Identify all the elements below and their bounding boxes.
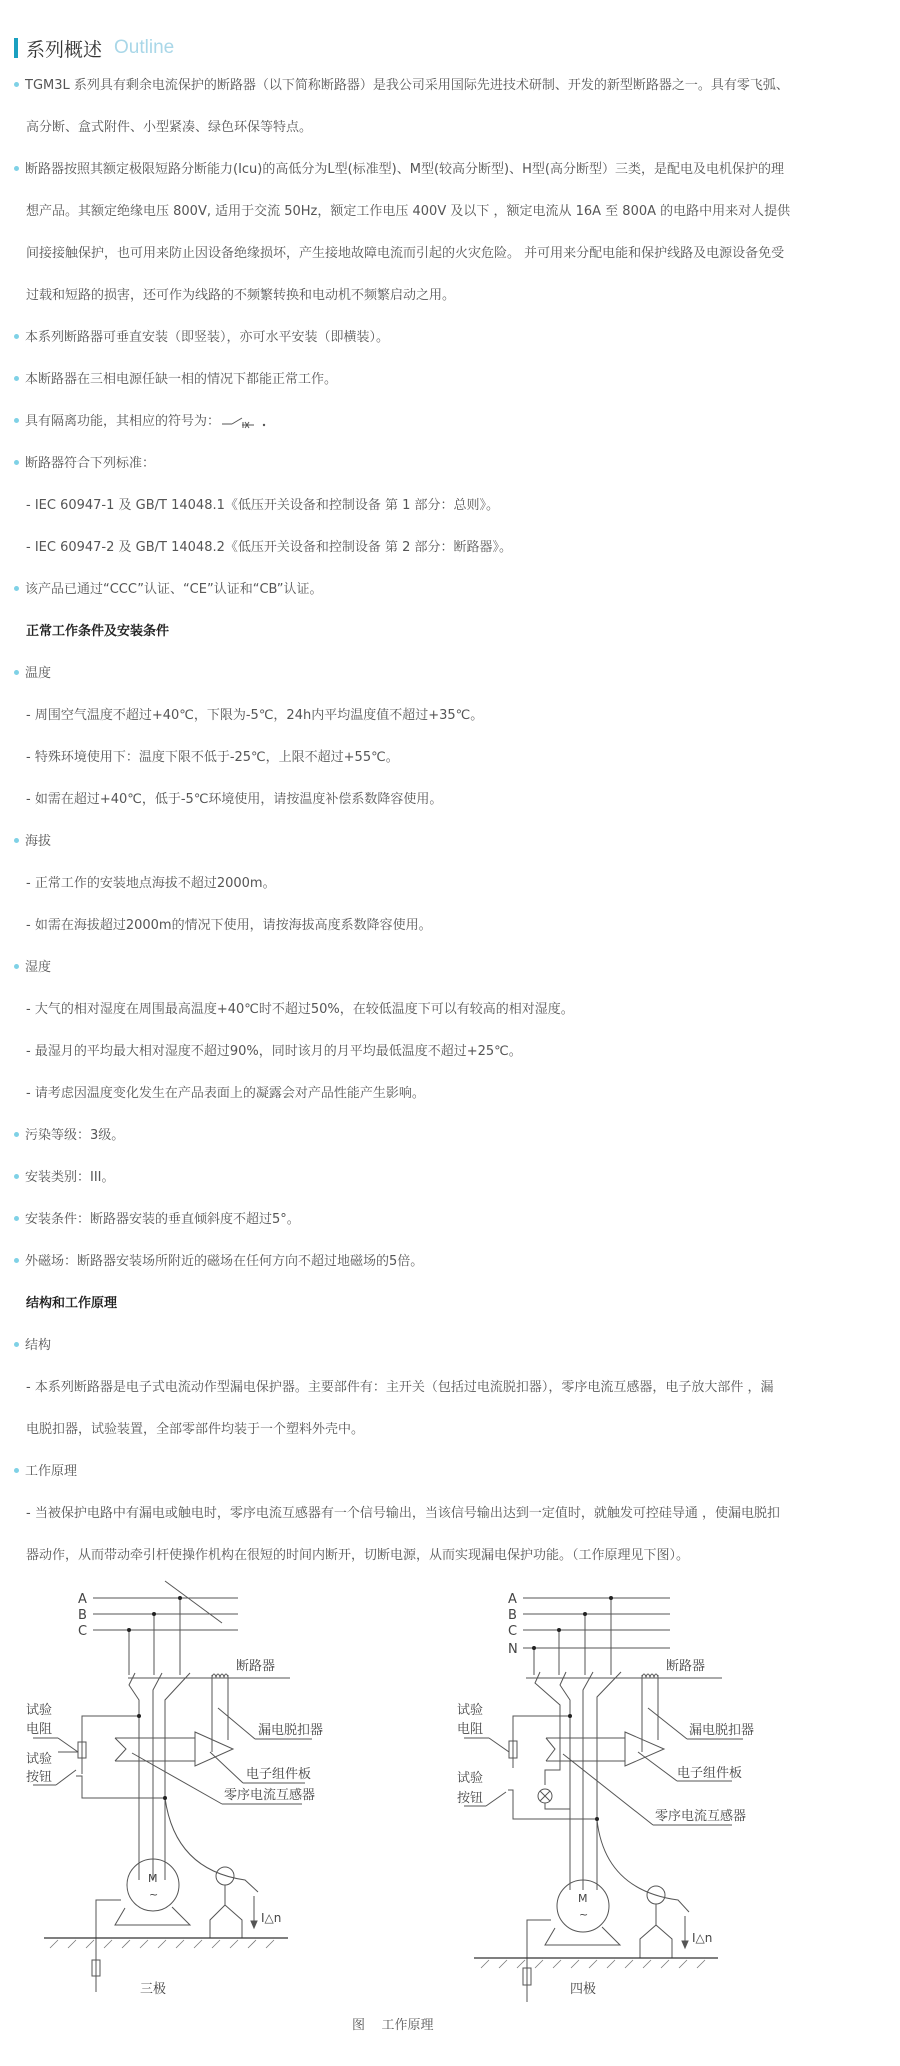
line-text: 高分断、盒式附件、小型紧凑、绿色环保等特点。 bbox=[26, 120, 312, 135]
line-text: - 周围空气温度不超过+40℃，下限为-5℃，24h内平均温度值不超过+35℃。 bbox=[26, 708, 483, 723]
line-text: 本系列断路器可垂直安装（即竖装），亦可水平安装（即横装）。 bbox=[25, 330, 389, 345]
bullet-dot-icon bbox=[14, 1132, 19, 1137]
phase-label-a: A bbox=[78, 1592, 87, 1607]
phase-label-n: N bbox=[508, 1642, 518, 1657]
zero-sequence-ct-label: 零序电流互感器 bbox=[655, 1808, 746, 1824]
figure-caption: 图 工作原理 bbox=[352, 2014, 434, 2033]
bullet-item: 断路器按照其额定极限短路分断能力(Icu)的高低分为L型(标准型)、M型(较高分… bbox=[14, 160, 784, 180]
bullet-dot-icon bbox=[14, 1258, 19, 1263]
line-text: - 大气的相对湿度在周围最高温度+40℃时不超过50%，在较低温度下可以有较高的… bbox=[26, 1002, 574, 1017]
line-text: - IEC 60947-1 及 GB/T 14048.1《低压开关设备和控制设备… bbox=[26, 498, 499, 513]
list-item: 过载和短路的损害，还可作为线路的不频繁转换和电动机不频繁启动之用。 bbox=[26, 286, 455, 306]
line-text: - 如需在超过+40℃，低于-5℃环境使用，请按温度补偿系数降容使用。 bbox=[26, 792, 442, 807]
test-button-label-2: 按钮 bbox=[457, 1790, 483, 1806]
bullet-dot-icon bbox=[14, 460, 19, 465]
bullet-item: 温度 bbox=[14, 664, 51, 684]
list-item: 间接接触保护，也可用来防止因设备绝缘损坏，产生接地故障电流而引起的火灾危险。 并… bbox=[26, 244, 784, 264]
phase-label-b: B bbox=[508, 1608, 517, 1623]
bullet-dot-icon bbox=[14, 82, 19, 87]
motor-label: M bbox=[148, 1872, 158, 1885]
breaker-label: 断路器 bbox=[236, 1658, 275, 1674]
section-title-en: Outline bbox=[114, 37, 174, 59]
list-item: 电脱扣器，试验装置，全部零部件均装于一个塑料外壳中。 bbox=[26, 1420, 364, 1440]
leak-current-label: I△n bbox=[692, 1931, 712, 1945]
bullet-dot-icon bbox=[14, 334, 19, 339]
bullet-item: 该产品已通过“CCC”认证、“CE”认证和“CB”认证。 bbox=[14, 580, 322, 600]
list-item: - 如需在海拔超过2000m的情况下使用，请按海拔高度系数降容使用。 bbox=[26, 916, 432, 936]
bullet-dot-icon bbox=[14, 1174, 19, 1179]
list-item: - 如需在超过+40℃，低于-5℃环境使用，请按温度补偿系数降容使用。 bbox=[26, 790, 442, 810]
bullet-item: 本系列断路器可垂直安装（即竖装），亦可水平安装（即横装）。 bbox=[14, 328, 389, 348]
list-item: 器动作，从而带动牵引杆使操作机构在很短的时间内断开，切断电源，从而实现漏电保护功… bbox=[26, 1546, 689, 1566]
line-text: 该产品已通过“CCC”认证、“CE”认证和“CB”认证。 bbox=[25, 582, 322, 597]
list-item: - 当被保护电路中有漏电或触电时，零序电流互感器有一个信号输出，当该信号输出达到… bbox=[26, 1504, 780, 1524]
list-item: 想产品。其额定绝缘电压 800V, 适用于交流 50Hz，额定工作电压 400V… bbox=[26, 202, 790, 222]
line-text: TGM3L 系列具有剩余电流保护的断路器（以下简称断路器）是我公司采用国际先进技… bbox=[25, 78, 789, 93]
line-text: 器动作，从而带动牵引杆使操作机构在很短的时间内断开，切断电源，从而实现漏电保护功… bbox=[26, 1548, 689, 1563]
list-item: - 正常工作的安装地点海拔不超过2000m。 bbox=[26, 874, 276, 894]
test-resistor-label-1: 试验 bbox=[26, 1703, 52, 1718]
bullet-dot-icon bbox=[14, 1342, 19, 1347]
bullet-item: 断路器符合下列标准： bbox=[14, 454, 155, 474]
bullet-dot-icon bbox=[14, 418, 19, 423]
bullet-item: 工作原理 bbox=[14, 1462, 77, 1482]
list-item: - 请考虑因温度变化发生在产品表面上的凝露会对产品性能产生影响。 bbox=[26, 1084, 425, 1104]
bullet-dot-icon bbox=[14, 586, 19, 591]
bullet-item: 湿度 bbox=[14, 958, 51, 978]
bullet-dot-icon bbox=[14, 670, 19, 675]
line-text: 电脱扣器，试验装置，全部零部件均装于一个塑料外壳中。 bbox=[26, 1422, 364, 1437]
bullet-item: 污染等级：3级。 bbox=[14, 1126, 124, 1146]
diagram-four-pole: A B C N 断路器 试验 电阻 试验 按钮 漏电脱扣器 电子组件板 零序电流… bbox=[440, 1580, 900, 2020]
electronic-board-label: 电子组件板 bbox=[677, 1765, 742, 1781]
list-item: - 最湿月的平均最大相对湿度不超过90%，同时该月的月平均最低温度不超过+25℃… bbox=[26, 1042, 522, 1062]
bullet-item: 安装类别：III。 bbox=[14, 1168, 115, 1188]
bullet-dot-icon bbox=[14, 1216, 19, 1221]
phase-label-b: B bbox=[78, 1608, 87, 1623]
accent-bar bbox=[14, 38, 18, 58]
phase-label-c: C bbox=[78, 1624, 87, 1639]
motor-label: M bbox=[578, 1892, 588, 1905]
leakage-release-label: 漏电脱扣器 bbox=[689, 1722, 754, 1738]
test-button-label-1: 试验 bbox=[457, 1771, 483, 1786]
line-text: 温度 bbox=[25, 666, 51, 681]
list-item: - IEC 60947-2 及 GB/T 14048.2《低压开关设备和控制设备… bbox=[26, 538, 512, 558]
line-text: 工作原理 bbox=[25, 1464, 77, 1479]
bullet-dot-icon bbox=[14, 376, 19, 381]
list-item: 高分断、盒式附件、小型紧凑、绿色环保等特点。 bbox=[26, 118, 312, 138]
line-text: - 当被保护电路中有漏电或触电时，零序电流互感器有一个信号输出，当该信号输出达到… bbox=[26, 1506, 780, 1521]
zero-sequence-ct-label: 零序电流互感器 bbox=[224, 1787, 315, 1803]
section-title: 系列概述 bbox=[26, 35, 102, 62]
motor-ac-symbol: ~ bbox=[579, 1908, 588, 1921]
motor-ac-symbol: ~ bbox=[149, 1888, 158, 1901]
breaker-label: 断路器 bbox=[666, 1658, 705, 1674]
line-text: 结构 bbox=[25, 1338, 51, 1353]
list-item: - 特殊环境使用下：温度下限不低于-25℃，上限不超过+55℃。 bbox=[26, 748, 399, 768]
line-text: 结构和工作原理 bbox=[26, 1296, 117, 1311]
line-text: - 最湿月的平均最大相对湿度不超过90%，同时该月的月平均最低温度不超过+25℃… bbox=[26, 1044, 522, 1059]
bullet-item: 安装条件：断路器安装的垂直倾斜度不超过5°。 bbox=[14, 1210, 300, 1230]
electronic-board-label: 电子组件板 bbox=[246, 1766, 311, 1782]
bullet-dot-icon bbox=[14, 964, 19, 969]
test-resistor-label-1: 试验 bbox=[457, 1703, 483, 1718]
line-text: 外磁场：断路器安装场所附近的磁场在任何方向不超过地磁场的5倍。 bbox=[25, 1254, 423, 1269]
bullet-item: 本断路器在三相电源任缺一相的情况下都能正常工作。 bbox=[14, 370, 337, 390]
line-text: 海拔 bbox=[25, 834, 51, 849]
line-text: 过载和短路的损害，还可作为线路的不频繁转换和电动机不频繁启动之用。 bbox=[26, 288, 455, 303]
line-text: - 请考虑因温度变化发生在产品表面上的凝露会对产品性能产生影响。 bbox=[26, 1086, 425, 1101]
line-text: 本断路器在三相电源任缺一相的情况下都能正常工作。 bbox=[25, 372, 337, 387]
line-text: 正常工作条件及安装条件 bbox=[26, 624, 169, 639]
line-text: 想产品。其额定绝缘电压 800V, 适用于交流 50Hz，额定工作电压 400V… bbox=[26, 204, 790, 219]
bullet-item: TGM3L 系列具有剩余电流保护的断路器（以下简称断路器）是我公司采用国际先进技… bbox=[14, 76, 789, 96]
line-text: - 正常工作的安装地点海拔不超过2000m。 bbox=[26, 876, 276, 891]
bullet-dot-icon bbox=[14, 1468, 19, 1473]
line-text: 安装类别：III。 bbox=[25, 1170, 115, 1185]
bullet-dot-icon bbox=[14, 166, 19, 171]
bullet-item: 外磁场：断路器安装场所附近的磁场在任何方向不超过地磁场的5倍。 bbox=[14, 1252, 423, 1272]
three-pole-title: 三极 bbox=[140, 1981, 166, 1997]
list-item: - IEC 60947-1 及 GB/T 14048.1《低压开关设备和控制设备… bbox=[26, 496, 499, 516]
bullet-item: 具有隔离功能，其相应的符号为： bbox=[14, 412, 270, 432]
line-text: 断路器符合下列标准： bbox=[25, 456, 155, 471]
phase-label-c: C bbox=[508, 1624, 517, 1639]
line-text: 间接接触保护，也可用来防止因设备绝缘损坏，产生接地故障电流而引起的火灾危险。 并… bbox=[26, 246, 784, 261]
bullet-dot-icon bbox=[14, 838, 19, 843]
test-button-label-1: 试验 bbox=[26, 1752, 52, 1767]
bullet-item: 结构 bbox=[14, 1336, 51, 1356]
diagram-three-pole: A B C 断路器 试验 电阻 试验 按钮 漏电脱扣器 电子组件板 零序电流互感… bbox=[0, 1580, 450, 2020]
line-text: 具有隔离功能，其相应的符号为： bbox=[25, 414, 220, 429]
line-text: - 特殊环境使用下：温度下限不低于-25℃，上限不超过+55℃。 bbox=[26, 750, 399, 765]
line-text: 断路器按照其额定极限短路分断能力(Icu)的高低分为L型(标准型)、M型(较高分… bbox=[25, 162, 784, 177]
list-item: - 本系列断路器是电子式电流动作型漏电保护器。主要部件有：主开关（包括过电流脱扣… bbox=[26, 1378, 773, 1398]
line-text: 污染等级：3级。 bbox=[25, 1128, 124, 1143]
test-resistor-label-2: 电阻 bbox=[26, 1721, 52, 1737]
phase-label-a: A bbox=[508, 1592, 517, 1607]
test-button-label-2: 按钮 bbox=[26, 1769, 52, 1785]
line-text: 湿度 bbox=[25, 960, 51, 975]
leakage-release-label: 漏电脱扣器 bbox=[258, 1722, 323, 1738]
line-text: - 如需在海拔超过2000m的情况下使用，请按海拔高度系数降容使用。 bbox=[26, 918, 432, 933]
bullet-item: 海拔 bbox=[14, 832, 51, 852]
section-header: 系列概述 Outline bbox=[14, 36, 174, 60]
leak-current-label: I△n bbox=[261, 1911, 281, 1925]
section-heading: 正常工作条件及安装条件 bbox=[26, 622, 169, 642]
list-item: - 周围空气温度不超过+40℃，下限为-5℃，24h内平均温度值不超过+35℃。 bbox=[26, 706, 483, 726]
line-text: - 本系列断路器是电子式电流动作型漏电保护器。主要部件有：主开关（包括过电流脱扣… bbox=[26, 1380, 773, 1395]
isolation-symbol-icon bbox=[220, 415, 270, 429]
four-pole-title: 四极 bbox=[570, 1981, 596, 1997]
section-heading: 结构和工作原理 bbox=[26, 1294, 117, 1314]
line-text: - IEC 60947-2 及 GB/T 14048.2《低压开关设备和控制设备… bbox=[26, 540, 512, 555]
test-resistor-label-2: 电阻 bbox=[457, 1721, 483, 1737]
list-item: - 大气的相对湿度在周围最高温度+40℃时不超过50%，在较低温度下可以有较高的… bbox=[26, 1000, 574, 1020]
line-text: 安装条件：断路器安装的垂直倾斜度不超过5°。 bbox=[25, 1212, 300, 1227]
